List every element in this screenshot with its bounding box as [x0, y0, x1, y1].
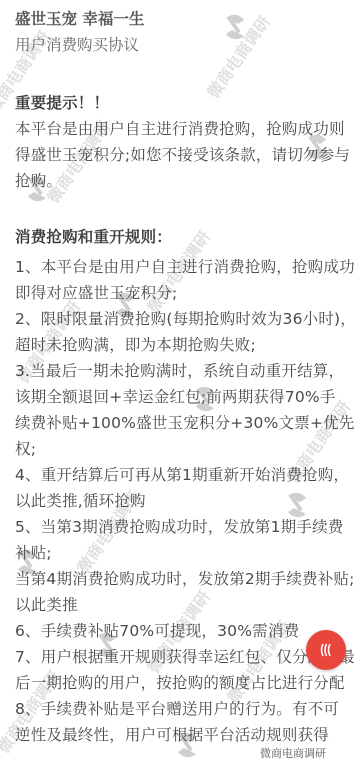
- rule-line: 补贴;: [15, 540, 350, 566]
- page-subtitle: 用户消费购买协议: [15, 32, 350, 58]
- rule-line: 5、当第3期消费抢购成功时，发放第1期手续费: [15, 514, 350, 540]
- floating-action-button[interactable]: [306, 630, 346, 670]
- rule-line: 1、本平台是由用户自主进行消费抢购，抢购成功: [15, 254, 350, 280]
- page-title: 盛世玉宠 幸福一生: [15, 6, 350, 32]
- rule-line: 当第4期消费抢购成功时，发放第2期手续费补贴;: [15, 566, 350, 592]
- notice-line: 抢购。: [15, 168, 350, 194]
- corner-watermark: 微商电商调研: [258, 745, 328, 761]
- rule-line: 7、用户根据重开规则获得幸运红包、仅分配给最: [15, 644, 350, 670]
- rule-line: 续费补贴+100%盛世玉宠积分+30%文票+优先: [15, 410, 350, 436]
- rule-line: 超时未抢购满，即为本期抢购失败;: [15, 332, 350, 358]
- rule-line: 即得对应盛世玉宠积分;: [15, 280, 350, 306]
- rules-heading: 消费抢购和重开规则：: [15, 224, 350, 250]
- rule-line: 4、重开结算后可再从第1期重新开始消费抢购，: [15, 462, 350, 488]
- notice-heading: 重要提示！！: [15, 90, 350, 116]
- notice-line: 得盛世玉宠积分;如您不接受该条款，请切勿参与: [15, 142, 350, 168]
- heat-waves-icon: [317, 641, 335, 659]
- notice-line: 本平台是由用户自主进行消费抢购，抢购成功则: [15, 116, 350, 142]
- rule-line: 6、手续费补贴70%可提现，30%需消费: [15, 618, 350, 644]
- rule-line: 8、手续费补贴是平台赠送用户的行为。有不可: [15, 696, 350, 722]
- rule-line: 3.当最后一期未抢购满时，系统自动重开结算，: [15, 358, 350, 384]
- agreement-content: 盛世玉宠 幸福一生 用户消费购买协议 重要提示！！ 本平台是由用户自主进行消费抢…: [15, 6, 350, 748]
- rule-line: 以此类推,循环抢购: [15, 488, 350, 514]
- rule-line: 以此类推: [15, 592, 350, 618]
- rule-line: 2、限时限量消费抢购(每期抢购时效为36小时)，: [15, 306, 350, 332]
- rule-line: 后一期抢购的用户，按抢购的额度占比进行分配: [15, 670, 350, 696]
- rule-line: 该期全额退回+幸运金红包;前两期获得70%手: [15, 384, 350, 410]
- rule-line: 权;: [15, 436, 350, 462]
